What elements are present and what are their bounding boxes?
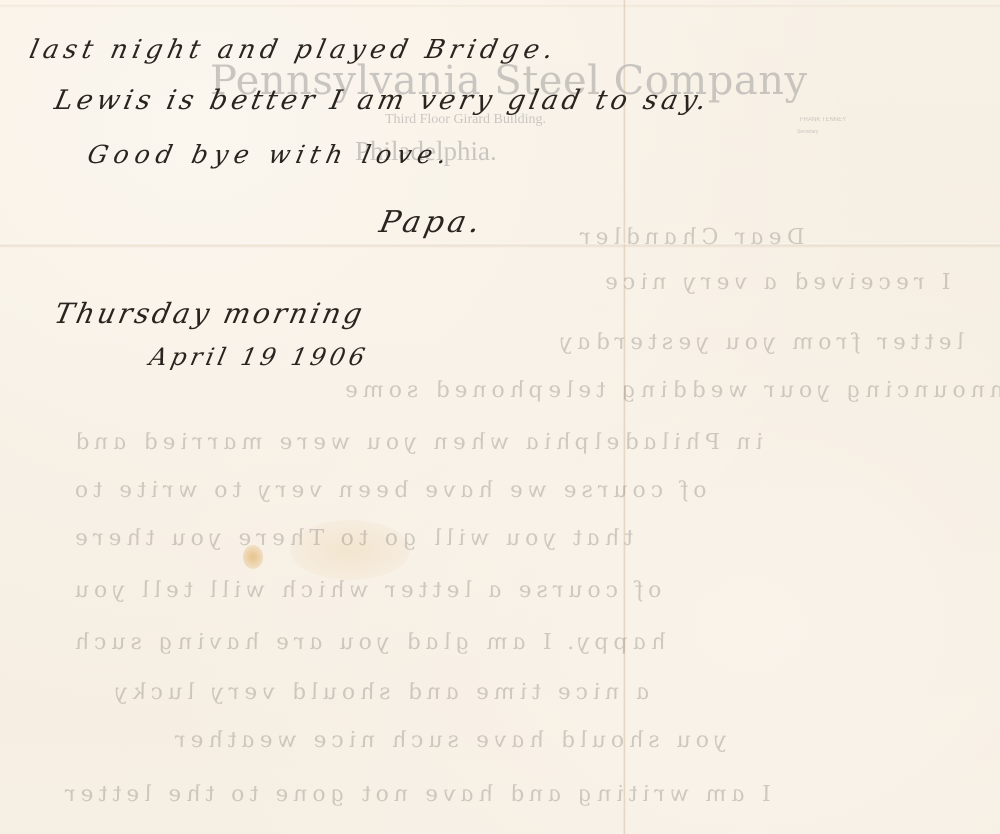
bleed-line: happy. I am glad you are having such	[67, 630, 668, 655]
handwritten-line-1: last night and played Bridge.	[27, 35, 561, 65]
bleed-line: a nice time and should very lucky	[107, 680, 652, 705]
bleed-line: Dear Chandler	[572, 225, 807, 250]
fold-crease-top	[0, 5, 1000, 8]
bleed-line: of course we have been very to write to	[67, 478, 709, 503]
letter-day: Thursday morning	[51, 297, 368, 330]
bleed-line: letter from you yesterday	[552, 330, 966, 355]
bleed-line: in Philadelphia when you were married an…	[67, 430, 765, 455]
signature: Papa.	[376, 205, 487, 240]
bleed-line: I received a very nice	[597, 270, 952, 295]
bleed-line: of course a letter which will tell you	[67, 578, 664, 603]
bleed-line: that you will go to There you there	[67, 526, 635, 551]
bleed-line: announcing your wedding telephoned some	[337, 378, 1000, 403]
letterhead-officer-title: Secretary	[797, 129, 818, 135]
fold-crease-horizontal	[0, 243, 1000, 248]
handwritten-line-3: Good bye with love.	[85, 140, 455, 169]
fold-crease-vertical	[623, 0, 626, 834]
handwritten-line-2: Lewis is better I am very glad to say.	[52, 85, 713, 116]
bleed-line: you should have such nice weather	[167, 728, 729, 753]
letterhead-officer-name: FRANK TENNEY	[800, 117, 846, 123]
letter-date: April 19 1906	[147, 343, 371, 371]
bleed-line: I am writing and have not gone to the le…	[57, 782, 773, 807]
